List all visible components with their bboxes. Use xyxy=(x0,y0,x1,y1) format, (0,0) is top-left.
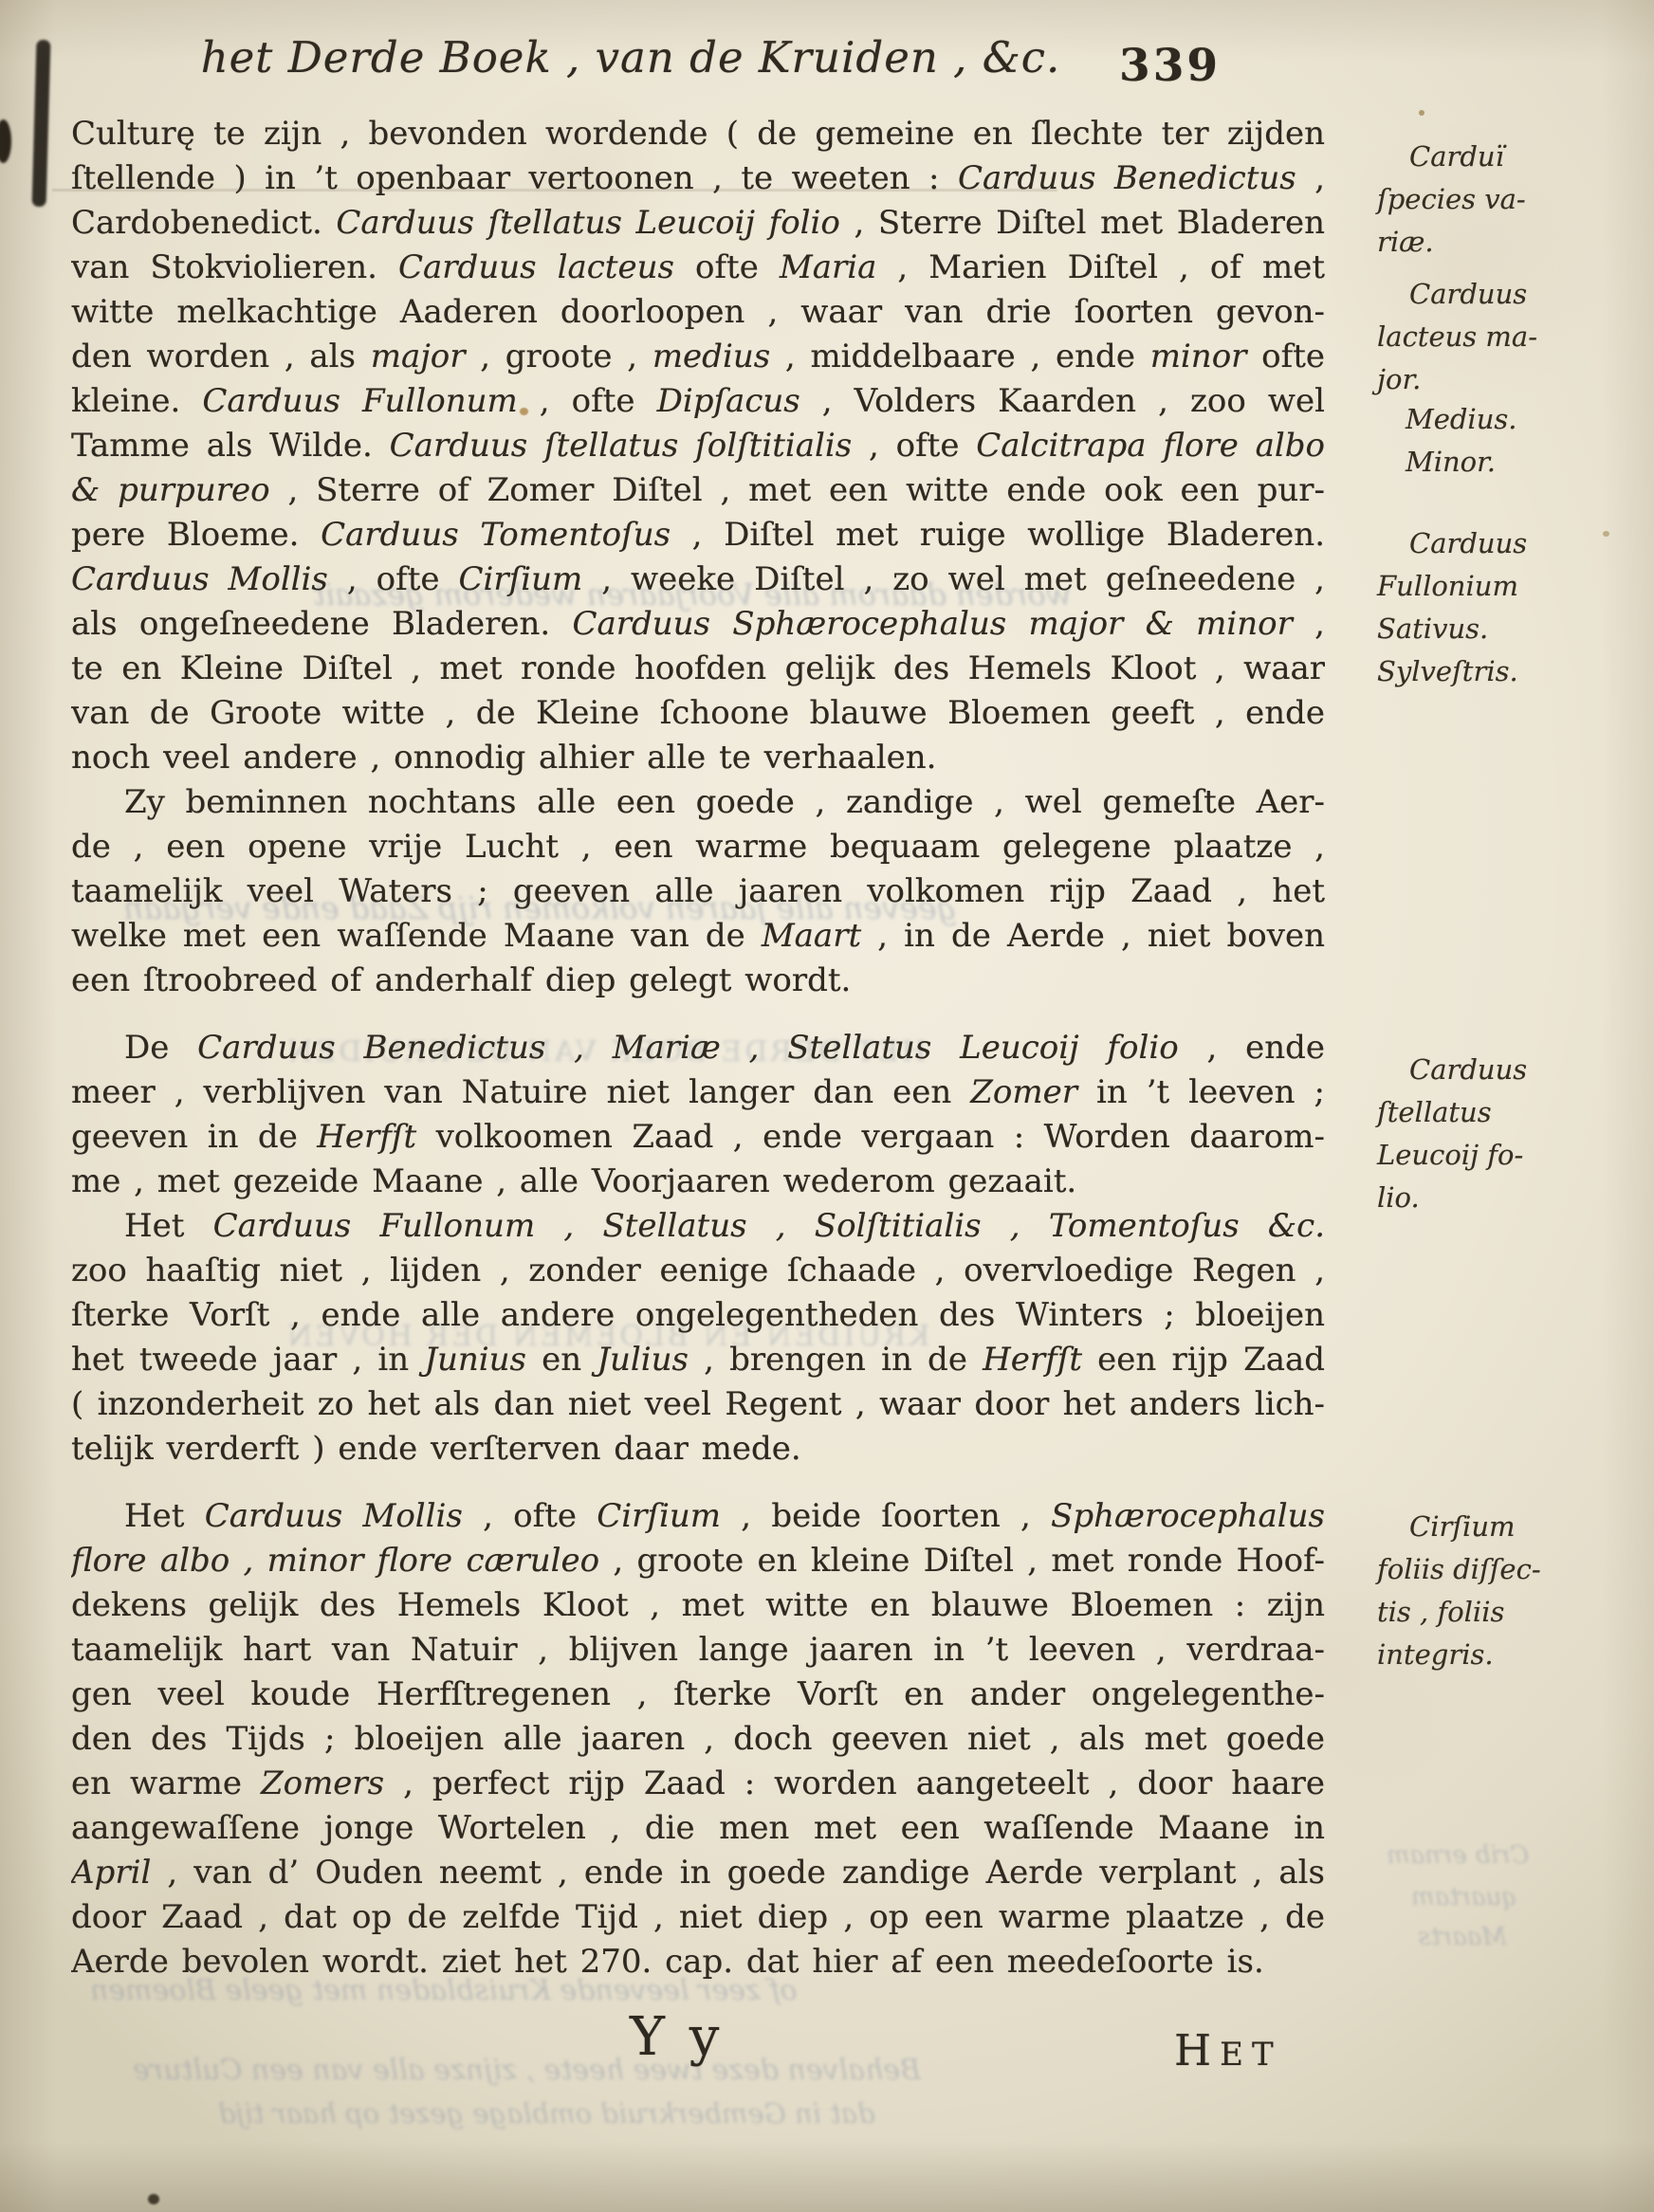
margin-note: CarduusſtellatusLeucoij fo-lio. xyxy=(1377,1049,1626,1219)
text-segment: welke met een waſſende Maane van de xyxy=(71,917,762,955)
text-segment: , Sterre of Zomer Diſtel , met een witte… xyxy=(270,471,1325,509)
text-line: den des Tijds ; bloeijen alle jaaren , d… xyxy=(71,1717,1325,1762)
text-segment: telijk verderft ) ende verſterven daar m… xyxy=(71,1430,801,1468)
text-segment: als ongeſneedene Bladeren. xyxy=(71,605,572,643)
text-line: taamelijk hart van Natuir , blijven lang… xyxy=(71,1628,1325,1673)
text-segment: dekens gelijk des Hemels Kloot , met wit… xyxy=(71,1586,1325,1624)
text-segment: pere Bloeme. xyxy=(71,516,321,554)
text-segment: zoo haaſtig niet , lijden , zonder eenig… xyxy=(71,1252,1325,1289)
margin-note-line: Medius. xyxy=(1377,398,1626,441)
text-line: gen veel koude Herfſtregenen , ſterke Vo… xyxy=(71,1673,1325,1717)
margin-note-line: tis , foliis xyxy=(1377,1591,1626,1634)
text-segment: een ſtroobreed of anderhalf diep gelegt … xyxy=(71,961,851,999)
margin-note-line: Sylveſtris. xyxy=(1377,650,1626,693)
margin-note-line: Sativus. xyxy=(1377,608,1626,650)
text-line: zoo haaſtig niet , lijden , zonder eenig… xyxy=(71,1249,1325,1293)
paper-speck xyxy=(520,408,528,415)
running-header: het Derde Boek , van de Kruiden , &c. xyxy=(71,32,1190,82)
page-number: 339 xyxy=(1119,40,1221,92)
bleed-through-line: quartam xyxy=(1411,1883,1517,1911)
text-segment: , middelbaare , ende xyxy=(770,338,1150,375)
text-segment: ſterke Vorſt , ende alle andere ongelege… xyxy=(71,1296,1325,1334)
latin-italic-segment: Carduus Sphærocephalus major & minor xyxy=(572,605,1292,643)
text-line: Aerde bevolen wordt. ziet het 270. cap. … xyxy=(71,1940,1325,1984)
text-segment: ſtellende ) in ’t openbaar vertoonen , t… xyxy=(71,159,958,197)
signature-mark: Y y xyxy=(630,2006,723,2068)
margin-note-line: ſpecies va- xyxy=(1377,178,1626,221)
text-line: als ongeſneedene Bladeren. Carduus Sphær… xyxy=(71,602,1325,647)
latin-italic-segment: Carduus ſtellatus Leucoij folio xyxy=(336,204,839,242)
latin-italic-segment: & purpureo xyxy=(71,471,270,509)
margin-note-line: jor. xyxy=(1377,358,1626,401)
text-segment: noch veel andere , onnodig alhier alle t… xyxy=(71,739,936,777)
text-segment: ( inzonderheit zo het als dan niet veel … xyxy=(71,1385,1325,1423)
ink-smudge-bar xyxy=(32,40,51,207)
text-line: Cardobenedict. Carduus ſtellatus Leucoij… xyxy=(71,201,1325,246)
text-segment: , Marien Diſtel , of met xyxy=(876,248,1325,286)
text-segment: , in de Aerde , niet boven xyxy=(861,917,1325,955)
paper-speck xyxy=(1419,110,1424,116)
text-segment: , perfect rijp Zaad : worden aangeteelt … xyxy=(384,1764,1325,1802)
latin-italic-segment: April xyxy=(71,1854,151,1892)
text-segment: en warme xyxy=(71,1764,261,1802)
ink-blob xyxy=(0,119,11,163)
text-line: ſterke Vorſt , ende alle andere ongelege… xyxy=(71,1293,1325,1338)
text-line: den worden , als major , groote , medius… xyxy=(71,335,1325,379)
text-segment: , brengen in de xyxy=(689,1341,983,1379)
bleed-through-line: Crib ernam xyxy=(1387,1841,1529,1870)
text-line: Het Carduus Fullonum , Stellatus , Solſt… xyxy=(71,1204,1325,1249)
latin-italic-segment: Dipſacus xyxy=(657,382,800,420)
text-line: welke met een waſſende Maane van de Maar… xyxy=(71,914,1325,959)
text-segment: , ofte xyxy=(518,382,657,420)
text-line: van de Groote witte , de Kleine ſchoone … xyxy=(71,691,1325,736)
catchword: Het xyxy=(1174,2025,1282,2075)
paper-speck xyxy=(148,2194,159,2204)
text-line: De Carduus Benedictus , Mariæ , Stellatu… xyxy=(71,1026,1325,1070)
text-line: het tweede jaar , in Junius en Julius , … xyxy=(71,1338,1325,1382)
text-segment: ofte xyxy=(1246,338,1325,375)
text-segment: , beide ſoorten , xyxy=(721,1497,1051,1535)
text-line: ſtellende ) in ’t openbaar vertoonen , t… xyxy=(71,156,1325,201)
text-segment: , ofte xyxy=(852,427,976,465)
text-segment: den worden , als xyxy=(71,338,371,375)
text-segment: , groote , xyxy=(466,338,652,375)
text-segment: Het xyxy=(124,1497,205,1535)
text-line: Het Carduus Mollis , ofte Cirſium , beid… xyxy=(71,1494,1325,1539)
margin-note-line: Minor. xyxy=(1377,441,1626,484)
margin-note-line: lacteus ma- xyxy=(1377,316,1626,358)
text-segment: Tamme als Wilde. xyxy=(71,427,390,465)
text-line: de , een opene vrije Lucht , een warme b… xyxy=(71,825,1325,869)
text-line: Tamme als Wilde. Carduus ſtellatus ſolſt… xyxy=(71,424,1325,468)
latin-italic-segment: Julius xyxy=(597,1341,689,1379)
margin-note-line: lio. xyxy=(1377,1177,1626,1219)
paper-speck xyxy=(1603,531,1609,537)
latin-italic-segment: Carduus Benedictus xyxy=(958,159,1296,197)
latin-italic-segment: Cirſium xyxy=(597,1497,721,1535)
text-line: flore albo , minor flore cæruleo , groot… xyxy=(71,1539,1325,1583)
latin-italic-segment: Calcitrapa flore albo xyxy=(976,427,1325,465)
margin-note: Carduïſpecies va-riæ. xyxy=(1377,136,1626,264)
text-segment: ofte xyxy=(674,248,780,286)
latin-italic-segment: Carduus Fullonum , Stellatus , Solſtitia… xyxy=(213,1207,1325,1245)
latin-italic-segment: Herfſt xyxy=(983,1341,1082,1379)
text-line: noch veel andere , onnodig alhier alle t… xyxy=(71,736,1325,780)
margin-note: Cirſiumfoliis diſſec-tis , foliisintegri… xyxy=(1377,1506,1626,1676)
text-line: me , met gezeide Maane , alle Voorjaaren… xyxy=(71,1160,1325,1204)
text-line: telijk verderft ) ende verſterven daar m… xyxy=(71,1427,1325,1472)
latin-italic-segment: Junius xyxy=(424,1341,526,1379)
margin-note: Medius.Minor. xyxy=(1377,398,1626,484)
text-segment: door Zaad , dat op de zelfde Tijd , niet… xyxy=(71,1898,1325,1936)
latin-italic-segment: Zomers xyxy=(261,1764,384,1802)
margin-note-line: ſtellatus xyxy=(1377,1091,1626,1134)
latin-italic-segment: Zomer xyxy=(970,1073,1077,1111)
text-line: taamelijk veel Waters ; geeven alle jaar… xyxy=(71,869,1325,914)
text-line: & purpureo , Sterre of Zomer Diſtel , me… xyxy=(71,468,1325,513)
bleed-through-line: Behalven deze twee heete , zijnze alle v… xyxy=(133,2054,921,2087)
bleed-through-line: dat in Gemberkruid omblage gezet op haar… xyxy=(218,2097,875,2130)
latin-italic-segment: Carduus Fullonum xyxy=(202,382,517,420)
margin-note-line: riæ. xyxy=(1377,221,1626,264)
text-segment: de , een opene vrije Lucht , een warme b… xyxy=(71,828,1325,866)
text-segment: witte melkachtige Aaderen doorloopen , w… xyxy=(71,293,1325,331)
margin-note-line: Cirſium xyxy=(1377,1506,1626,1548)
margin-note: CarduusFulloniumSativus.Sylveſtris. xyxy=(1377,522,1626,693)
text-line: aangewaſſene jonge Wortelen , die men me… xyxy=(71,1806,1325,1851)
text-segment: aangewaſſene jonge Wortelen , die men me… xyxy=(71,1809,1325,1847)
text-line: kleine. Carduus Fullonum , ofte Dipſacus… xyxy=(71,379,1325,424)
text-segment: meer , verblijven van Natuire niet lange… xyxy=(71,1073,970,1111)
bleed-through-line: Maarts xyxy=(1418,1923,1507,1951)
latin-italic-segment: Carduus ſtellatus ſolſtitialis xyxy=(390,427,853,465)
text-segment: me , met gezeide Maane , alle Voorjaaren… xyxy=(71,1162,1076,1200)
text-segment: te en Kleine Diſtel , met ronde hoofden … xyxy=(71,649,1325,687)
margin-note-line: Carduus xyxy=(1377,522,1626,565)
text-segment: een rijp Zaad xyxy=(1082,1341,1325,1379)
text-segment: Zy beminnen nochtans alle een goede , za… xyxy=(124,783,1325,821)
text-line: een ſtroobreed of anderhalf diep gelegt … xyxy=(71,959,1325,1003)
margin-note-line: integris. xyxy=(1377,1634,1626,1676)
margin-note-line: Carduï xyxy=(1377,136,1626,178)
latin-italic-segment: Cirſium xyxy=(459,560,583,598)
text-segment: , ofte xyxy=(463,1497,597,1535)
margin-note-line: foliis diſſec- xyxy=(1377,1548,1626,1591)
margin-note-line: Leucoij fo- xyxy=(1377,1134,1626,1177)
text-segment: het tweede jaar , in xyxy=(71,1341,424,1379)
margin-note-line: Carduus xyxy=(1377,273,1626,316)
text-segment: gen veel koude Herfſtregenen , ſterke Vo… xyxy=(71,1675,1325,1713)
latin-italic-segment: Carduus Benedictus , Mariæ , Stellatus L… xyxy=(197,1029,1179,1067)
main-text-column: Culturę te zijn , bevonden wordende ( de… xyxy=(71,112,1325,1984)
text-line: Culturę te zijn , bevonden wordende ( de… xyxy=(71,112,1325,156)
text-line: witte melkachtige Aaderen doorloopen , w… xyxy=(71,290,1325,335)
text-segment: Cardobenedict. xyxy=(71,204,336,242)
text-line: van Stokviolieren. Carduus lacteus ofte … xyxy=(71,246,1325,290)
latin-italic-segment: minor xyxy=(1150,338,1247,375)
text-segment: , Sterre Diſtel met Bladeren xyxy=(840,204,1325,242)
text-segment: Culturę te zijn , bevonden wordende ( de… xyxy=(71,115,1325,153)
text-segment: De xyxy=(124,1029,197,1067)
text-segment: den des Tijds ; bloeijen alle jaaren , d… xyxy=(71,1720,1325,1758)
text-segment: , Volders Kaarden , zoo wel xyxy=(800,382,1325,420)
text-segment: , xyxy=(1296,159,1325,197)
text-line: ( inzonderheit zo het als dan niet veel … xyxy=(71,1382,1325,1427)
text-line: en warme Zomers , perfect rijp Zaad : wo… xyxy=(71,1762,1325,1806)
text-segment: , ofte xyxy=(328,560,459,598)
text-segment: , van d’ Ouden neemt , ende in goede zan… xyxy=(151,1854,1325,1892)
latin-italic-segment: Maria xyxy=(780,248,876,286)
text-line: April , van d’ Ouden neemt , ende in goe… xyxy=(71,1851,1325,1895)
text-segment: van de Groote witte , de Kleine ſchoone … xyxy=(71,694,1325,732)
text-segment: volkoomen Zaad , ende vergaan : Worden d… xyxy=(416,1118,1325,1156)
book-page-scan: geeven alle jaaren volkomen rijp Zaad en… xyxy=(0,0,1654,2212)
margin-note: Carduuslacteus ma-jor. xyxy=(1377,273,1626,401)
text-segment: geeven in de xyxy=(71,1118,317,1156)
text-line: dekens gelijk des Hemels Kloot , met wit… xyxy=(71,1583,1325,1628)
text-line: pere Bloeme. Carduus Tomentoſus , Diſtel… xyxy=(71,513,1325,558)
latin-italic-segment: Carduus Mollis xyxy=(205,1497,463,1535)
text-segment: kleine. xyxy=(71,382,202,420)
text-line: te en Kleine Diſtel , met ronde hoofden … xyxy=(71,647,1325,691)
latin-italic-segment: Carduus Mollis xyxy=(71,560,328,598)
margin-note-line: Fullonium xyxy=(1377,565,1626,608)
text-line: meer , verblijven van Natuire niet lange… xyxy=(71,1070,1325,1115)
text-segment: en xyxy=(526,1341,597,1379)
text-segment: , weeke Diſtel , zo wel met geſneedene , xyxy=(582,560,1325,598)
latin-italic-segment: flore albo , minor flore cæruleo xyxy=(71,1542,599,1580)
text-segment: , groote en kleine Diſtel , met ronde Ho… xyxy=(599,1542,1325,1580)
text-segment: van Stokviolieren. xyxy=(71,248,398,286)
text-segment: in ’t leeven ; xyxy=(1077,1073,1325,1111)
text-segment: taamelijk veel Waters ; geeven alle jaar… xyxy=(71,872,1325,910)
text-segment: Het xyxy=(124,1207,213,1245)
text-line: geeven in de Herfſt volkoomen Zaad , end… xyxy=(71,1115,1325,1160)
text-segment: taamelijk hart van Natuir , blijven lang… xyxy=(71,1631,1325,1669)
text-line: door Zaad , dat op de zelfde Tijd , niet… xyxy=(71,1895,1325,1940)
latin-italic-segment: medius xyxy=(652,338,770,375)
text-line: Zy beminnen nochtans alle een goede , za… xyxy=(71,780,1325,825)
latin-italic-segment: Carduus Tomentoſus xyxy=(321,516,671,554)
scratch-line xyxy=(52,189,1057,192)
text-line: Carduus Mollis , ofte Cirſium , weeke Di… xyxy=(71,558,1325,602)
margin-note-line: Carduus xyxy=(1377,1049,1626,1091)
latin-italic-segment: Herfſt xyxy=(317,1118,416,1156)
latin-italic-segment: major xyxy=(371,338,466,375)
text-segment: Aerde bevolen wordt. ziet het 270. cap. … xyxy=(71,1943,1264,1981)
text-segment: , Diſtel met ruige wollige Bladeren. xyxy=(671,516,1325,554)
latin-italic-segment: Maart xyxy=(762,917,861,955)
latin-italic-segment: Carduus lacteus xyxy=(398,248,674,286)
